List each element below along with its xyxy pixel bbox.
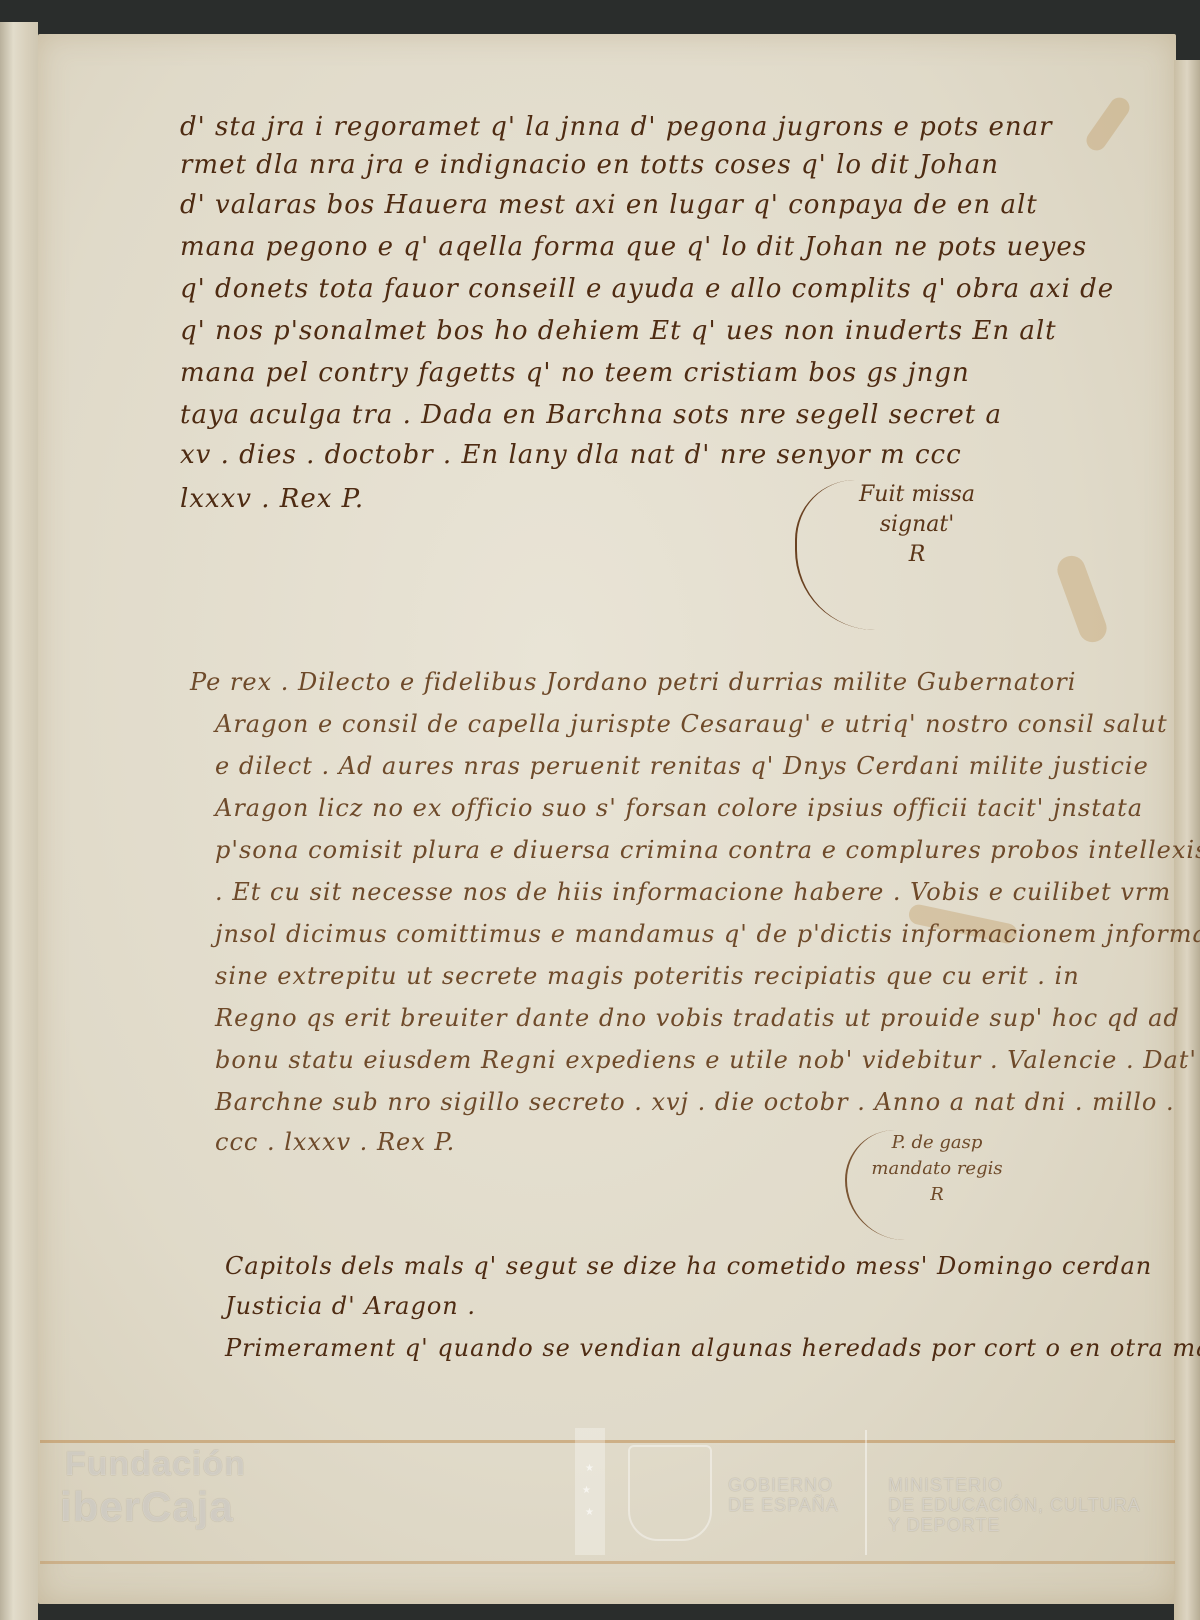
watermark-ministerio: MINISTERIO DE EDUCACIÓN, CULTURA Y DEPOR… bbox=[888, 1475, 1141, 1535]
manuscript-line: p'sona comisit plura e diuersa crimina c… bbox=[215, 836, 1200, 864]
water-stain bbox=[1053, 552, 1110, 646]
watermark-gobierno: GOBIERNO DE ESPAÑA bbox=[728, 1475, 839, 1515]
signature-line: Fuit missa bbox=[797, 480, 1037, 510]
signature-line: mandato regis bbox=[847, 1156, 1027, 1182]
manuscript-line: lxxxv . Rex P. bbox=[180, 484, 364, 514]
signature-mark: R bbox=[847, 1182, 1027, 1208]
manuscript-line: mana pegono e q' aqella forma que q' lo … bbox=[180, 232, 1087, 262]
watermark-line: DE EDUCACIÓN, CULTURA bbox=[888, 1495, 1141, 1515]
manuscript-line: e dilect . Ad aures nras peruenit renita… bbox=[215, 752, 1149, 780]
manuscript-line: taya aculga tra . Dada en Barchna sots n… bbox=[180, 400, 1002, 430]
spain-coat-of-arms-icon bbox=[628, 1445, 712, 1541]
manuscript-line: q' donets tota fauor conseill e ayuda e … bbox=[180, 274, 1114, 304]
manuscript-line: Aragon licz no ex officio suo s' forsan … bbox=[215, 794, 1143, 822]
manuscript-line: q' nos p'sonalmet bos ho dehiem Et q' ue… bbox=[180, 316, 1057, 346]
manuscript-line: Regno qs erit breuiter dante dno vobis t… bbox=[215, 1004, 1180, 1032]
watermark-line: Y DEPORTE bbox=[888, 1515, 1141, 1535]
manuscript-line: Aragon e consil de capella jurispte Cesa… bbox=[215, 710, 1168, 738]
manuscript-line: xv . dies . doctobr . En lany dla nat d'… bbox=[180, 440, 962, 470]
eu-flag-strip-icon: ★ ★ ★ bbox=[575, 1428, 605, 1555]
watermark-fundacion: Fundación bbox=[65, 1445, 246, 1484]
signature-line: signat' bbox=[797, 510, 1037, 540]
manuscript-line: Pe rex . Dilecto e fidelibus Jordano pet… bbox=[190, 668, 1076, 696]
watermark-ibercaja: iberCaja bbox=[60, 1483, 234, 1531]
manuscript-line: Barchne sub nro sigillo secreto . xvj . … bbox=[215, 1088, 1175, 1116]
signature-line: P. de gasp bbox=[847, 1130, 1027, 1156]
water-stain bbox=[1083, 94, 1134, 155]
manuscript-line: Capitols dels mals q' segut se dize ha c… bbox=[225, 1252, 1152, 1280]
signature-block: Fuit missa signat' R bbox=[795, 480, 1037, 630]
manuscript-line: . Et cu sit necesse nos de hiis informac… bbox=[215, 878, 1171, 906]
manuscript-line: Justicia d' Aragon . bbox=[225, 1292, 476, 1320]
watermark-divider bbox=[865, 1430, 867, 1555]
manuscript-line: jnsol dicimus comittimus e mandamus q' d… bbox=[215, 920, 1200, 948]
manuscript-line: mana pel contry fagetts q' no teem crist… bbox=[180, 358, 970, 388]
binding-spine-left bbox=[0, 22, 38, 1620]
manuscript-line: rmet dla nra jra e indignacio en totts c… bbox=[180, 150, 999, 180]
signature-block: P. de gasp mandato regis R bbox=[845, 1130, 1027, 1240]
signature-mark: R bbox=[797, 540, 1037, 570]
manuscript-line: bonu statu eiusdem Regni expediens e uti… bbox=[215, 1046, 1197, 1074]
manuscript-line: ccc . lxxxv . Rex P. bbox=[215, 1128, 455, 1156]
manuscript-line: d' sta jra i regoramet q' la jnna d' peg… bbox=[180, 112, 1053, 142]
manuscript-line: sine extrepitu ut secrete magis poteriti… bbox=[215, 962, 1080, 990]
manuscript-scan: d' sta jra i regoramet q' la jnna d' peg… bbox=[0, 0, 1200, 1620]
watermark-line: GOBIERNO bbox=[728, 1475, 839, 1495]
watermark-line: MINISTERIO bbox=[888, 1475, 1141, 1495]
watermark-line: DE ESPAÑA bbox=[728, 1495, 839, 1515]
manuscript-line: d' valaras bos Hauera mest axi en lugar … bbox=[180, 190, 1038, 220]
manuscript-line: Primerament q' quando se vendian algunas… bbox=[225, 1334, 1200, 1362]
